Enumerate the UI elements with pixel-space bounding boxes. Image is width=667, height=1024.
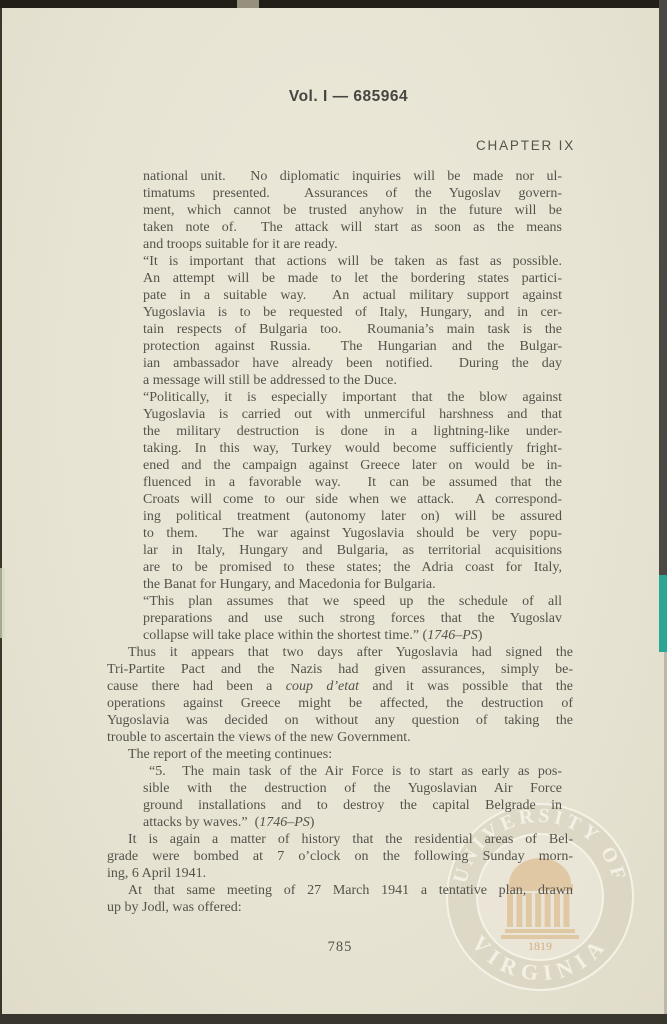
scanned-book-page: { "page": { "volume_header": "Vol. I — 6… xyxy=(0,0,667,1024)
text-line: taking. In this way, Turkey would become… xyxy=(143,440,562,457)
text-line: are to be promised to these states; the … xyxy=(143,559,562,576)
text-line: protection against Russia. The Hungarian… xyxy=(143,338,562,355)
page-number: 785 xyxy=(107,939,573,956)
text-line: grade were bombed at 7 o’clock on the fo… xyxy=(107,848,573,865)
paragraph: national unit. No diplomatic inquiries w… xyxy=(143,168,562,253)
text-line: ing, 6 April 1941. xyxy=(107,865,573,882)
scan-top-edge xyxy=(0,0,667,8)
scan-left-edge xyxy=(0,8,2,1014)
text-line: “5. The main task of the Air Force is to… xyxy=(143,763,562,780)
text-line: taken note of. The attack will start as … xyxy=(143,219,562,236)
text-line: Thus it appears that two days after Yugo… xyxy=(107,644,573,661)
text-line: Yugoslavia is carried out with unmercifu… xyxy=(143,406,562,423)
text-line: and troops suitable for it are ready. xyxy=(143,236,562,253)
text-line: the Banat for Hungary, and Macedonia for… xyxy=(143,576,562,593)
scan-top-edge-notch xyxy=(237,0,259,8)
text-line: ment, which cannot be trusted anyhow in … xyxy=(143,202,562,219)
text-line: to them. The war against Yugoslavia shou… xyxy=(143,525,562,542)
text-line: tain respects of Bulgaria too. Roumania’… xyxy=(143,321,562,338)
paragraph: “It is important that actions will be ta… xyxy=(143,253,562,389)
text-block: national unit. No diplomatic inquiries w… xyxy=(107,168,573,916)
paragraph: “Politically, it is especially important… xyxy=(143,389,562,593)
paragraph: It is again a matter of history that the… xyxy=(107,831,573,882)
text-line: collapse will take place within the shor… xyxy=(143,627,562,644)
text-line: An attempt will be made to let the borde… xyxy=(143,270,562,287)
text-line: sible with the destruction of the Yugosl… xyxy=(143,780,562,797)
text-line: Yugoslavia was decided on without any qu… xyxy=(107,712,573,729)
text-line: a message will still be addressed to the… xyxy=(143,372,562,389)
text-line: lar in Italy, Hungary and Bulgaria, as t… xyxy=(143,542,562,559)
scan-bottom-edge xyxy=(0,1014,667,1024)
paragraph: “This plan assumes that we speed up the … xyxy=(143,593,562,644)
text-line: ian ambassador have already been notifie… xyxy=(143,355,562,372)
text-line: Croats will come to our side when we att… xyxy=(143,491,562,508)
paragraph: “5. The main task of the Air Force is to… xyxy=(143,763,562,831)
text-line: cause there had been a coup d’etat and i… xyxy=(107,678,573,695)
paragraph: Thus it appears that two days after Yugo… xyxy=(107,644,573,746)
text-line: The report of the meeting continues: xyxy=(107,746,573,763)
scan-right-edge-teal xyxy=(659,575,667,652)
text-line: It is again a matter of history that the… xyxy=(107,831,573,848)
text-line: ened and the campaign against Greece lat… xyxy=(143,457,562,474)
text-line: “This plan assumes that we speed up the … xyxy=(143,593,562,610)
text-line: national unit. No diplomatic inquiries w… xyxy=(143,168,562,185)
paragraph: The report of the meeting continues: xyxy=(107,746,573,763)
text-line: up by Jodl, was offered: xyxy=(107,899,573,916)
text-line: ing political treatment (autonomy later … xyxy=(143,508,562,525)
text-line: “It is important that actions will be ta… xyxy=(143,253,562,270)
text-line: pate in a suitable way. An actual milita… xyxy=(143,287,562,304)
text-line: the military destruction is done in a li… xyxy=(143,423,562,440)
text-line: Tri-Partite Pact and the Nazis had given… xyxy=(107,661,573,678)
paragraph: At that same meeting of 27 March 1941 a … xyxy=(107,882,573,916)
text-line: preparations and use such strong forces … xyxy=(143,610,562,627)
scan-right-edge-dark xyxy=(659,0,667,575)
volume-header: Vol. I — 685964 xyxy=(15,88,667,106)
text-line: trouble to ascertain the views of the ne… xyxy=(107,729,573,746)
text-line: operations against Greece might be affec… xyxy=(107,695,573,712)
text-line: fluenced in a favorable way. It can be a… xyxy=(143,474,562,491)
text-line: Yugoslavia is to be requested of Italy, … xyxy=(143,304,562,321)
text-line: ground installations and to destroy the … xyxy=(143,797,562,814)
chapter-header: CHAPTER IX xyxy=(476,138,575,153)
scan-left-edge-tint xyxy=(0,568,5,638)
text-line: attacks by waves.” (1746–PS) xyxy=(143,814,562,831)
text-line: At that same meeting of 27 March 1941 a … xyxy=(107,882,573,899)
text-line: timatums presented. Assurances of the Yu… xyxy=(143,185,562,202)
text-line: “Politically, it is especially important… xyxy=(143,389,562,406)
